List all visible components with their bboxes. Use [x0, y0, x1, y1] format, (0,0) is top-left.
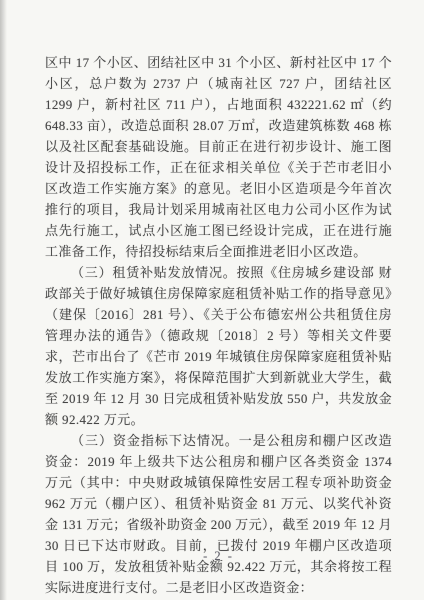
- page-number: - 2 -: [45, 549, 392, 564]
- paragraph-continuation: 区中 17 个小区、团结社区中 31 个小区、新村社区中 17 个小区，总户数为…: [45, 52, 392, 262]
- paragraph-rental-subsidy: （三）租赁补贴发放情况。按照《住房城乡建设部 财政部关于做好城镇住房保障家庭租赁…: [45, 262, 392, 430]
- document-page: 区中 17 个小区、团结社区中 31 个小区、新村社区中 17 个小区，总户数为…: [0, 0, 424, 600]
- paragraph-funding-allocation: （三）资金指标下达情况。一是公租房和棚户区改造资金：2019 年上级共下达公租房…: [45, 430, 392, 598]
- document-body: 区中 17 个小区、团结社区中 31 个小区、新村社区中 17 个小区，总户数为…: [45, 52, 392, 598]
- scan-edge-shadow: [0, 0, 7, 600]
